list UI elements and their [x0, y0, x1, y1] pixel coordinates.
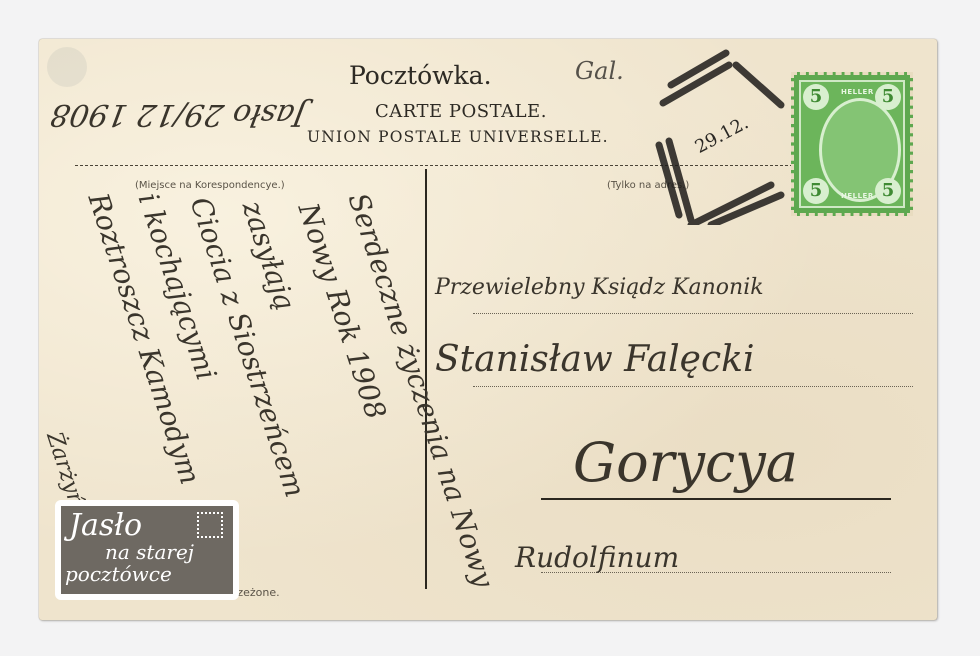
address-rule — [473, 313, 913, 314]
address-line-title: Przewielebny Ksiądz Kanonik — [435, 275, 764, 300]
address-line-institution: Rudolfinum — [515, 541, 679, 574]
postage-stamp: 5 5 5 5 HELLER HELLER — [791, 72, 913, 216]
heading-union: UNION POSTALE UNIVERSELLE. — [307, 128, 609, 146]
date-handwriting: Jasło 29/12 1908 — [48, 97, 309, 132]
watermark-logo: Jasło na starej pocztówce — [55, 500, 239, 600]
address-rule-city — [541, 498, 891, 500]
address-line-name: Stanisław Falęcki — [435, 339, 754, 380]
heading-french: CARTE POSTALE. — [375, 101, 547, 122]
stain — [47, 47, 87, 87]
postcard: Pocztówka. Gal. CARTE POSTALE. UNION POS… — [39, 39, 937, 620]
heading-note: Gal. — [575, 57, 624, 85]
stamp-icon — [197, 512, 223, 538]
address-line-city: Gorycya — [573, 431, 798, 494]
address-rule — [473, 386, 913, 387]
heading-polish: Pocztówka. — [349, 61, 492, 90]
svg-text:29.12.: 29.12. — [692, 112, 752, 157]
postmark-cancel: 29.12. — [651, 45, 791, 225]
